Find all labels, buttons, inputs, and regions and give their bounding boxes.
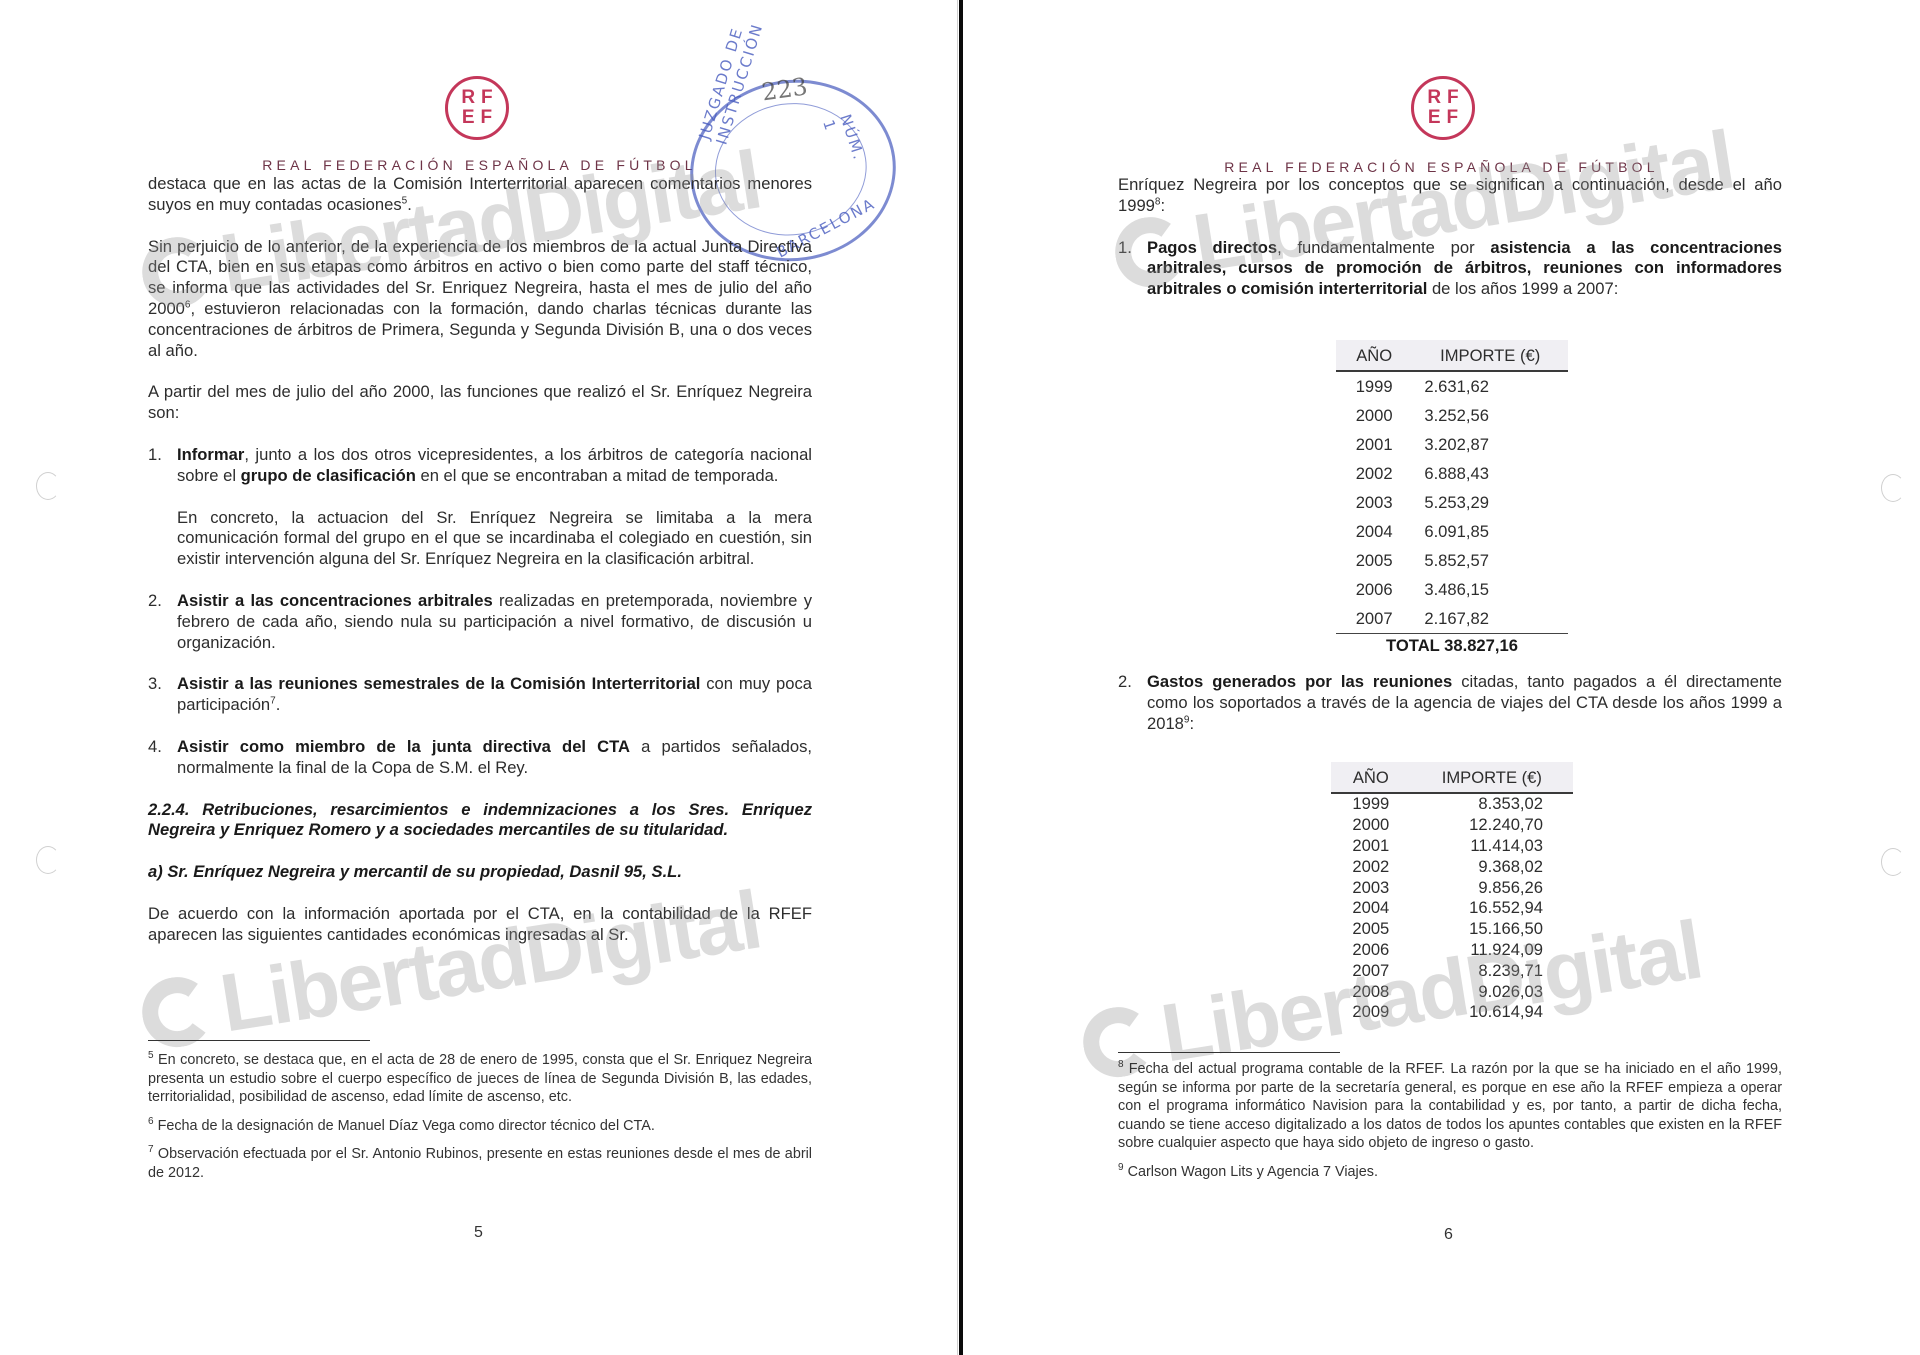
footnote-separator — [1118, 1052, 1340, 1053]
footnotes: 8 Fecha del actual programa contable de … — [1118, 1060, 1782, 1192]
footnote-separator — [148, 1040, 370, 1041]
page-number: 6 — [1444, 1226, 1453, 1244]
page-number: 5 — [474, 1224, 483, 1242]
footnotes: 5 En concreto, se destaca que, en el act… — [148, 1051, 812, 1193]
footnote-6: 6 Fecha de la designación de Manuel Díaz… — [148, 1117, 812, 1136]
amount-cell: 11.414,03 — [1411, 836, 1573, 857]
list-item-3: 3. Asistir a las reuniones semestrales d… — [148, 674, 812, 716]
column-header-amount: IMPORTE (€) — [1411, 762, 1573, 793]
amount-cell: 3.202,87 — [1412, 430, 1568, 459]
year-cell: 1999 — [1331, 793, 1411, 815]
document-page-5: RF EF REAL FEDERACIÓN ESPAÑOLA DE FÚTBOL… — [0, 0, 959, 1355]
year-cell: 2005 — [1336, 546, 1412, 575]
amount-cell: 9.026,03 — [1411, 981, 1573, 1002]
paragraph-accounting: De acuerdo con la información aportada p… — [148, 904, 812, 946]
year-cell: 2006 — [1331, 940, 1411, 961]
table-row: 20013.202,87 — [1336, 430, 1568, 459]
punch-hole-mark — [36, 846, 60, 874]
paragraph-activities: Sin perjuicio de lo anterior, de la expe… — [148, 237, 812, 362]
amount-cell: 12.240,70 — [1411, 815, 1573, 836]
table-row: 20029.368,02 — [1331, 856, 1573, 877]
punch-hole-mark — [1881, 848, 1905, 876]
amount-cell: 8.239,71 — [1411, 960, 1573, 981]
punch-hole-mark — [1881, 474, 1905, 502]
amount-cell: 10.614,94 — [1411, 1002, 1573, 1023]
amount-cell: 6.888,43 — [1412, 459, 1568, 488]
page-body: Enríquez Negreira por los conceptos que … — [1118, 175, 1782, 300]
paragraph-continuation: Enríquez Negreira por los conceptos que … — [1118, 175, 1782, 217]
punch-hole-mark — [36, 472, 60, 500]
table-row: 20055.852,57 — [1336, 546, 1568, 575]
list-item-4: 4. Asistir como miembro de la junta dire… — [148, 737, 812, 779]
year-cell: 2008 — [1331, 981, 1411, 1002]
amount-cell: 9.856,26 — [1411, 877, 1573, 898]
amount-cell: 3.252,56 — [1412, 401, 1568, 430]
year-cell: 2002 — [1331, 856, 1411, 877]
stamp-handwritten-number: 223 — [760, 72, 809, 106]
amount-cell: 8.353,02 — [1411, 793, 1573, 815]
table-row: 19992.631,62 — [1336, 371, 1568, 401]
year-cell: 2000 — [1336, 401, 1412, 430]
year-cell: 2001 — [1336, 430, 1412, 459]
year-cell: 2002 — [1336, 459, 1412, 488]
year-cell: 2000 — [1331, 815, 1411, 836]
list-item-meeting-expenses: 2. Gastos generados por las reuniones ci… — [1118, 672, 1782, 734]
year-cell: 1999 — [1336, 371, 1412, 401]
year-cell: 2009 — [1331, 1002, 1411, 1023]
column-header-year: AÑO — [1331, 762, 1411, 793]
total-cell: TOTAL 38.827,16 — [1336, 634, 1568, 659]
amount-cell: 16.552,94 — [1411, 898, 1573, 919]
year-cell: 2005 — [1331, 919, 1411, 940]
paragraph-functions-intro: A partir del mes de julio del año 2000, … — [148, 382, 812, 424]
year-cell: 2007 — [1331, 960, 1411, 981]
year-cell: 2004 — [1331, 898, 1411, 919]
column-header-amount: IMPORTE (€) — [1412, 340, 1568, 371]
table-row: 200416.552,94 — [1331, 898, 1573, 919]
amount-cell: 2.631,62 — [1412, 371, 1568, 401]
table-row: 200111.414,03 — [1331, 836, 1573, 857]
table-row: 19998.353,02 — [1331, 793, 1573, 815]
amount-cell: 5.852,57 — [1412, 546, 1568, 575]
list-item-1: 1. Informar, junto a los dos otros vicep… — [148, 445, 812, 570]
table-row: 20072.167,82 — [1336, 604, 1568, 634]
table-row: 200910.614,94 — [1331, 1002, 1573, 1023]
rfef-logo: RF EF — [445, 76, 509, 140]
table-row: 200012.240,70 — [1331, 815, 1573, 836]
footnote-7: 7 Observación efectuada por el Sr. Anton… — [148, 1145, 812, 1182]
subsection-heading: a) Sr. Enríquez Negreira y mercantil de … — [148, 862, 812, 883]
year-cell: 2003 — [1331, 877, 1411, 898]
column-header-year: AÑO — [1336, 340, 1412, 371]
table-total-row: TOTAL 38.827,16 — [1336, 634, 1568, 659]
meeting-expenses-table: AÑO IMPORTE (€) 19998.353,02200012.240,7… — [1331, 762, 1573, 1023]
table-row: 20078.239,71 — [1331, 960, 1573, 981]
table-row: 20026.888,43 — [1336, 459, 1568, 488]
page-body: destaca que en las actas de la Comisión … — [148, 174, 812, 946]
amount-cell: 9.368,02 — [1411, 856, 1573, 877]
amount-cell: 11.924,09 — [1411, 940, 1573, 961]
year-cell: 2004 — [1336, 517, 1412, 546]
table-row: 20089.026,03 — [1331, 981, 1573, 1002]
footnote-5: 5 En concreto, se destaca que, en el act… — [148, 1051, 812, 1107]
table-row: 20063.486,15 — [1336, 575, 1568, 604]
year-cell: 2007 — [1336, 604, 1412, 634]
list-item-1-detail: En concreto, la actuacion del Sr. Enríqu… — [177, 508, 812, 570]
table-row: 200611.924,09 — [1331, 940, 1573, 961]
footnote-9: 9 Carlson Wagon Lits y Agencia 7 Viajes. — [1118, 1163, 1782, 1182]
list-item-direct-payments: 1. Pagos directos, fundamentalmente por … — [1118, 238, 1782, 300]
page-body-2: 2. Gastos generados por las reuniones ci… — [1118, 672, 1782, 734]
year-cell: 2003 — [1336, 488, 1412, 517]
amount-cell: 6.091,85 — [1412, 517, 1568, 546]
year-cell: 2006 — [1336, 575, 1412, 604]
document-page-6: RF EF REAL FEDERACIÓN ESPAÑOLA DE FÚTBOL… — [963, 0, 1920, 1355]
table-row: 20035.253,29 — [1336, 488, 1568, 517]
amount-cell: 3.486,15 — [1412, 575, 1568, 604]
amount-cell: 5.253,29 — [1412, 488, 1568, 517]
footnote-8: 8 Fecha del actual programa contable de … — [1118, 1060, 1782, 1153]
paragraph-continuation: destaca que en las actas de la Comisión … — [148, 174, 812, 216]
table-row: 20003.252,56 — [1336, 401, 1568, 430]
year-cell: 2001 — [1331, 836, 1411, 857]
list-item-2: 2. Asistir a las concentraciones arbitra… — [148, 591, 812, 653]
section-heading: 2.2.4. Retribuciones, resarcimientos e i… — [148, 800, 812, 842]
rfef-logo: RF EF — [1411, 76, 1475, 140]
direct-payments-table: AÑO IMPORTE (€) 19992.631,6220003.252,56… — [1336, 340, 1568, 658]
amount-cell: 2.167,82 — [1412, 604, 1568, 634]
table-row: 20039.856,26 — [1331, 877, 1573, 898]
amount-cell: 15.166,50 — [1411, 919, 1573, 940]
table-row: 20046.091,85 — [1336, 517, 1568, 546]
federation-name: REAL FEDERACIÓN ESPAÑOLA DE FÚTBOL — [963, 159, 1920, 175]
table-row: 200515.166,50 — [1331, 919, 1573, 940]
